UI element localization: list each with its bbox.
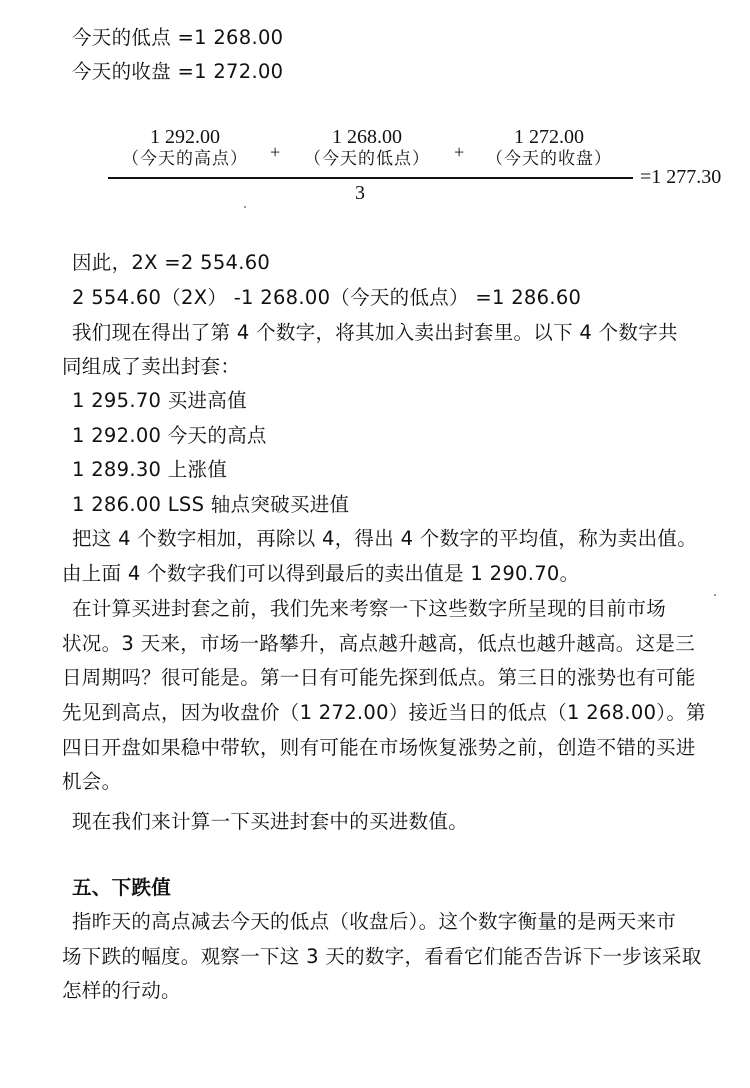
- text-line: 日周期吗？很可能是。第一日有可能先探到低点。第三日的涨势也有可能: [62, 666, 696, 690]
- term-label: （今天的低点）: [282, 148, 452, 170]
- formula-term-high: 1 292.00 （今天的高点）: [100, 126, 270, 170]
- term-value: 1 268.00: [282, 126, 452, 148]
- scan-speck: [244, 206, 246, 208]
- term-value: 1 272.00: [464, 126, 634, 148]
- sell-envelope-item: 1 292.00 今天的高点: [72, 424, 267, 448]
- term-value: 1 292.00: [100, 126, 270, 148]
- formula-result: =1 277.30: [640, 166, 721, 189]
- text-line: 状况。3 天来，市场一路攀升，高点越升越高，低点也越升越高。这是三: [62, 632, 695, 656]
- text-line: 指昨天的高点减去今天的低点（收盘后）。这个数字衡量的是两天来市: [72, 910, 676, 934]
- text-line: 由上面 4 个数字我们可以得到最后的卖出值是 1 290.70。: [62, 562, 579, 586]
- text-line: 机会。: [62, 770, 121, 794]
- term-label: （今天的收盘）: [464, 148, 634, 170]
- fraction-bar: [108, 177, 633, 179]
- text-line: 场下跌的幅度。观察一下这 3 天的数字，看看它们能否告诉下一步该采取: [62, 945, 702, 969]
- term-label: （今天的高点）: [100, 148, 270, 170]
- text-line: 现在我们来计算一下买进封套中的买进数值。: [72, 810, 468, 834]
- todays-close-line: 今天的收盘 =1 272.00: [72, 60, 283, 84]
- text-line: 怎样的行动。: [62, 979, 181, 1003]
- text-line: 2 554.60（2X） -1 268.00（今天的低点） =1 286.60: [72, 286, 581, 310]
- sell-envelope-item: 1 289.30 上涨值: [72, 458, 227, 482]
- text-line: 四日开盘如果稳中带软，则有可能在市场恢复涨势之前，创造不错的买进: [62, 736, 696, 760]
- todays-low-line: 今天的低点 =1 268.00: [72, 26, 283, 50]
- text-line: 同组成了卖出封套：: [62, 355, 240, 379]
- plus-sign: +: [454, 142, 464, 163]
- formula-term-close: 1 272.00 （今天的收盘）: [464, 126, 634, 170]
- document-page: 今天的低点 =1 268.00 今天的收盘 =1 272.00 1 292.00…: [0, 0, 750, 1088]
- formula-denominator: 3: [355, 182, 365, 205]
- pivot-formula: 1 292.00 （今天的高点） + 1 268.00 （今天的低点） + 1 …: [100, 126, 660, 216]
- scan-speck: [714, 594, 716, 596]
- text-line: 因此，2X =2 554.60: [72, 251, 270, 275]
- text-line: 我们现在得出了第 4 个数字，将其加入卖出封套里。以下 4 个数字共: [72, 321, 678, 345]
- sell-envelope-item: 1 286.00 LSS 轴点突破买进值: [72, 493, 349, 517]
- text-line: 把这 4 个数字相加，再除以 4，得出 4 个数字的平均值，称为卖出值。: [72, 527, 697, 551]
- text-line: 在计算买进封套之前，我们先来考察一下这些数字所呈现的目前市场: [72, 597, 666, 621]
- plus-sign: +: [270, 142, 280, 163]
- text-line: 先见到高点，因为收盘价（1 272.00）接近当日的低点（1 268.00）。第: [62, 701, 706, 725]
- section-heading: 五、下跌值: [72, 876, 171, 900]
- formula-term-low: 1 268.00 （今天的低点）: [282, 126, 452, 170]
- sell-envelope-item: 1 295.70 买进高值: [72, 389, 247, 413]
